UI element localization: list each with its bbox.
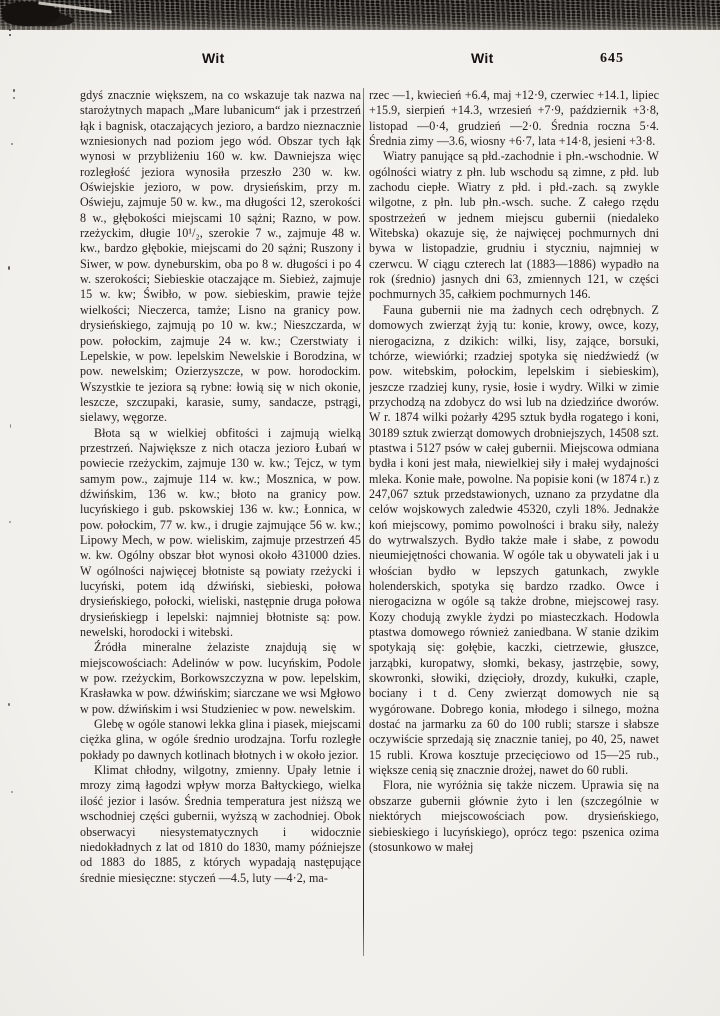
dust-speck <box>9 29 11 31</box>
dust-speck <box>8 703 10 706</box>
page-number: 645 <box>600 51 624 67</box>
text-column-left: gdyś znacznie większem, na co wskazuje t… <box>80 88 361 958</box>
dust-speck <box>9 34 11 36</box>
scanned-book-page: Wit Wit 645 gdyś znacznie większem, na c… <box>0 0 720 1016</box>
dust-speck <box>13 89 15 92</box>
running-title-right: Wit <box>471 50 494 66</box>
paragraph: Źródła mineralne żelaziste znajdują się … <box>80 640 361 717</box>
paragraph: Fauna gubernii nie ma żadnych cech odręb… <box>369 303 659 779</box>
paragraph: Błota są w wielkiej obfitości i zajmują … <box>80 426 361 641</box>
paragraph: Klimat chłodny, wilgotny, zmienny. Upały… <box>80 763 361 886</box>
dust-speck <box>9 521 11 523</box>
dust-speck <box>10 424 11 428</box>
paragraph: Glebę w ogóle stanowi lekka glina i pias… <box>80 717 361 763</box>
running-title-left: Wit <box>202 50 225 66</box>
scan-edge-artifact <box>0 0 720 30</box>
paragraph: rzec —1, kwiecień +6.4, maj +12·9, czerw… <box>369 88 659 149</box>
dust-speck <box>11 791 13 793</box>
dust-speck <box>11 143 13 145</box>
paragraph: gdyś znacznie większem, na co wskazuje t… <box>80 88 361 426</box>
dust-speck <box>8 266 10 270</box>
paragraph: Flora, nie wyróżnia się także niczem. Up… <box>369 778 659 855</box>
text-column-right: rzec —1, kwiecień +6.4, maj +12·9, czerw… <box>369 88 659 958</box>
dust-speck <box>13 97 15 99</box>
column-divider-rule <box>363 88 364 956</box>
paragraph: Wiatry panujące są płd.-zachodnie i płn.… <box>369 149 659 302</box>
